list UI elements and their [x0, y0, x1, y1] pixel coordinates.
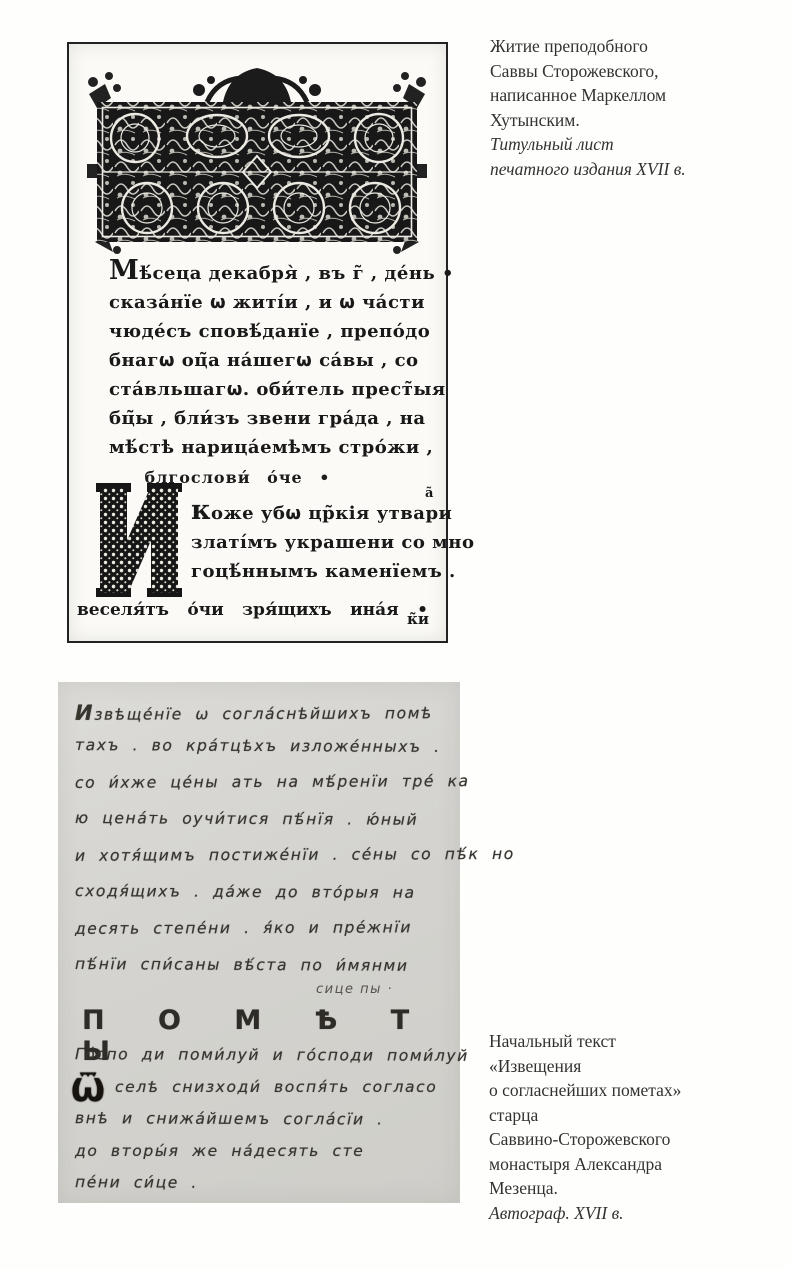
title-page-caption: Житие преподобного Саввы Сторожевского, … [490, 34, 775, 181]
slavonic-line: бнагѡ оц̃а на́шегѡ са́вы , со [109, 346, 412, 375]
slavonic-line: златі́мъ украшени со мно [191, 528, 386, 557]
caption-line: о согласнейших пометах» [489, 1078, 774, 1103]
slavonic-line: ста́вльшагѡ. оби́тель прест̃ыя [109, 375, 412, 404]
handwriting-line: Извѣще́нїе ѡ согла́снѣйшихъ помѣ [75, 699, 448, 737]
caption-line: старца [489, 1103, 774, 1128]
decorated-initial-I [95, 480, 183, 600]
handwriting-line: ю цена́ть оучи́тися пѣ́нїя . ю́ный [75, 809, 448, 847]
manuscript-text-bottom: Го́спо ди поми́луй и го́споди поми́луй с… [75, 1046, 450, 1206]
caption-line: написанное Маркеллом [490, 83, 775, 108]
caption-line: Саввино-Сторожевского [489, 1127, 774, 1152]
caption-line: Хутынским. [490, 108, 775, 133]
initial-paragraph: коже убѡ цр̃кія утвари златі́мъ украшени… [191, 496, 386, 586]
handwriting-line: пе́ни си́це . [75, 1173, 450, 1207]
handwriting-line: тахъ . во кра́тцѣхъ изложе́нныхъ . [75, 736, 448, 774]
caption-line: Начальный текст [489, 1029, 774, 1054]
handwriting-line: внѣ и снижа́йшемъ согла́сїи . [75, 1109, 450, 1143]
caption-line: «Извещения [489, 1054, 774, 1079]
slavonic-line: гоцѣ́ннымъ каменїемъ . [191, 557, 386, 586]
slavonic-line: коже убѡ цр̃кія утвари [191, 496, 386, 528]
caption-source-line: печатного издания XVII в. [490, 157, 775, 182]
caption-source-line: Титульный лист [490, 132, 775, 157]
handwriting-line: Го́спо ди поми́луй и го́споди поми́луй [75, 1045, 450, 1079]
caption-line: монастыря Александра [489, 1152, 774, 1177]
manuscript-text-top: Извѣще́нїе ѡ согла́снѣйшихъ помѣ тахъ . … [75, 700, 448, 992]
slavonic-line: мѣ́стѣ нарица́емѣмъ стро́жи , [109, 433, 412, 462]
handwriting-line: десять степе́ни . я́ко и пре́жнїи [75, 918, 448, 956]
handwriting-line: и хотя́щимъ постиже́нїи . се́ны со пѣ́к … [75, 845, 448, 883]
catchword: сице пы · [316, 982, 393, 997]
title-page-plate: Мѣ́сеца декабря̀ , въ г̃ , де́нь • сказа… [67, 42, 448, 643]
handwriting-line: селѣ снизходи́ воспя́ть согласо [75, 1078, 450, 1110]
caption-source-line: Автограф. XVII в. [489, 1201, 774, 1226]
margin-mark: а̃ [425, 486, 433, 501]
closing-line: веселя́тъ о́чи зря́щихъ ина́я • [77, 600, 428, 620]
title-page-text-block: Мѣ́сеца декабря̀ , въ г̃ , де́нь • сказа… [109, 256, 412, 462]
manuscript-caption: Начальный текст «Извещения о согласнейши… [489, 1029, 774, 1225]
slavonic-line: сказа́нїе ѡ житі́и , и ѡ ча́сти [109, 288, 412, 317]
handwriting-line: сходя́щихъ . да́же до вто́рыя на [75, 882, 448, 920]
caption-line: Саввы Сторожевского, [490, 59, 775, 84]
manuscript-plate: Извѣще́нїе ѡ согла́снѣйшихъ помѣ тахъ . … [58, 682, 460, 1203]
handwriting-line: со и́хже це́ны ать на мѣ́ренїи тре́ ка [75, 772, 448, 810]
handwriting-line: до вторы́я же на́десять сте [75, 1142, 450, 1174]
signature-mark: к̃и [407, 610, 429, 628]
slavonic-line: Мѣ́сеца декабря̀ , въ г̃ , де́нь • [109, 256, 412, 288]
headpiece-ornament [87, 68, 427, 254]
caption-line: Житие преподобного [490, 34, 775, 59]
slavonic-line: чюде́съ сповѣ́данїе , препо́до [109, 317, 412, 346]
slavonic-line: бц̃ы , бли́зъ звени гра́да , на [109, 404, 412, 433]
caption-line: Мезенца. [489, 1176, 774, 1201]
